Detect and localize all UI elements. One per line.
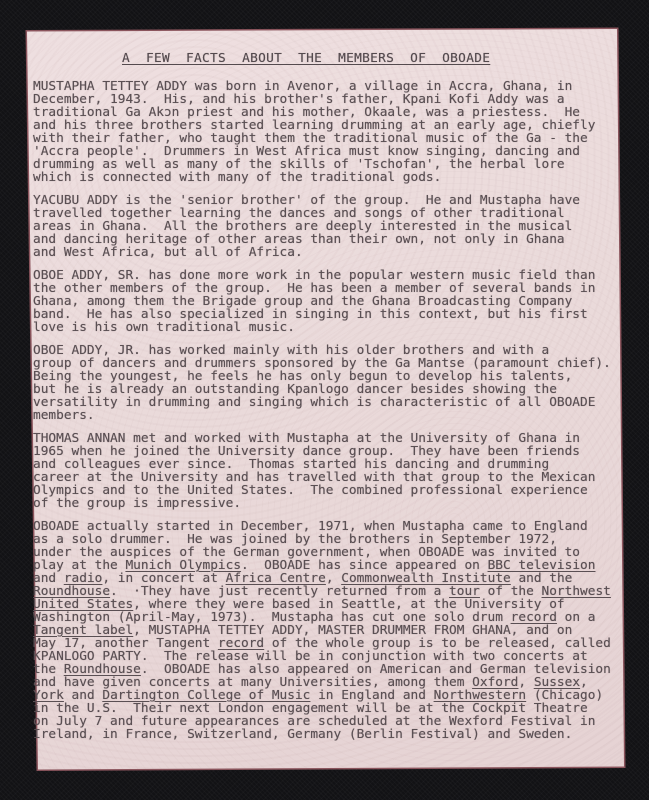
document-text: A FEW FACTS ABOUT THE MEMBERS OF OBOADE … bbox=[33, 52, 625, 751]
paragraph: OBOADE actually started in December, 197… bbox=[33, 520, 625, 741]
paragraph: MUSTAPHA TETTEY ADDY was born in Avenor,… bbox=[33, 80, 625, 184]
paragraph: OBOE ADDY, JR. has worked mainly with hi… bbox=[33, 344, 625, 422]
text-segment: Ireland, in France, Switzerland, Germany… bbox=[33, 727, 572, 742]
text-line: Ireland, in France, Switzerland, Germany… bbox=[33, 728, 625, 741]
text-segment: and West Africa, but all of Africa. bbox=[33, 245, 303, 260]
text-line: members. bbox=[33, 409, 625, 422]
paragraph: YACUBU ADDY is the 'senior brother' of t… bbox=[33, 194, 625, 259]
text-segment: which is connected with many of the trad… bbox=[33, 170, 441, 185]
paragraph: OBOE ADDY, SR. has done more work in the… bbox=[33, 269, 625, 334]
text-segment: love is his own traditional music. bbox=[33, 320, 295, 335]
text-line: and West Africa, but all of Africa. bbox=[33, 246, 625, 259]
text-line: love is his own traditional music. bbox=[33, 321, 625, 334]
text-line: which is connected with many of the trad… bbox=[33, 171, 625, 184]
paragraph: THOMAS ANNAN met and worked with Mustaph… bbox=[33, 432, 625, 510]
document-paragraphs: MUSTAPHA TETTEY ADDY was born in Avenor,… bbox=[33, 80, 625, 741]
text-segment: versatility in drumming and singing whic… bbox=[33, 395, 595, 410]
text-segment: of the group is impressive. bbox=[33, 496, 241, 511]
document-title: A FEW FACTS ABOUT THE MEMBERS OF OBOADE bbox=[122, 52, 625, 65]
scan-background: A FEW FACTS ABOUT THE MEMBERS OF OBOADE … bbox=[0, 0, 649, 800]
text-line: of the group is impressive. bbox=[33, 497, 625, 510]
text-line: versatility in drumming and singing whic… bbox=[33, 396, 625, 409]
text-segment: members. bbox=[33, 408, 95, 423]
document-title-text: A FEW FACTS ABOUT THE MEMBERS OF OBOADE bbox=[122, 51, 490, 66]
